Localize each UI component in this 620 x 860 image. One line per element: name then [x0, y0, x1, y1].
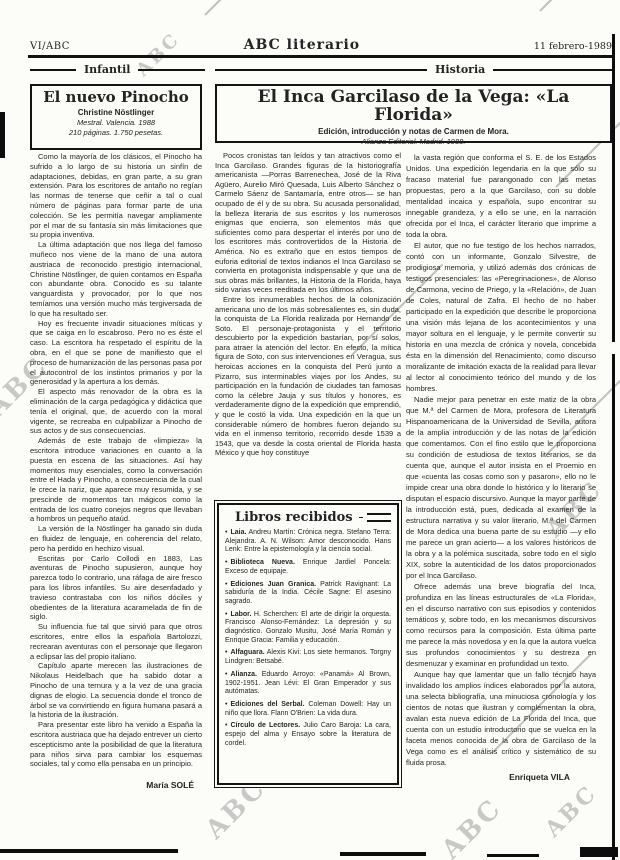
infantil-headline: El nuevo Pinocho [32, 90, 200, 106]
title-rule [359, 517, 363, 518]
historia-imprint: Alianza Editorial. Madrid. 1988. [217, 137, 610, 146]
abc-watermark: ABC [436, 793, 508, 860]
scan-artifact [612, 34, 615, 342]
bullet-icon: • [225, 529, 227, 536]
paragraph: Su influencia fue tal que sirvió para qu… [30, 622, 202, 661]
publisher-name: Biblioteca Nueva. [230, 559, 294, 566]
publisher-name: Labor. [230, 611, 251, 618]
section-rule [138, 69, 205, 71]
bullet-icon: • [225, 611, 227, 618]
publisher-name: Laia. [230, 529, 246, 536]
historia-body-column-2: la vasta región que conforma el S. E. de… [406, 152, 596, 768]
book-list-item: •Biblioteca Nueva. Enrique Jardiel Ponce… [225, 559, 391, 576]
paragraph: Capítulo aparte merecen las ilustracione… [30, 661, 202, 720]
watermark-slash [539, 0, 620, 12]
infantil-detail: 210 páginas. 1.750 pesetas. [32, 128, 200, 137]
publisher-name: Alianza. [230, 671, 256, 678]
book-list-item: •Alianza. Eduardo Arroyo: «Panamá» Al Br… [225, 671, 391, 697]
paragraph: Nadie mejor para penetrar en este matiz … [406, 394, 596, 581]
book-list-item: •Labor. H. Scherchen: El arte de dirigir… [225, 611, 391, 646]
scan-artifact [612, 354, 615, 860]
bullet-icon: • [225, 671, 227, 678]
abc-watermark: ABC [540, 780, 603, 843]
headline-box-infantil: El nuevo Pinocho Christine Nöstlinger Me… [30, 84, 202, 150]
libros-recibidos-inner: Libros recibidos •Laia. Andreu Martín: C… [217, 503, 399, 785]
title-dash-ornament [367, 513, 391, 522]
paragraph: La última adaptación que nos llega del f… [30, 240, 202, 318]
paragraph: El aspecto más renovador de la obra es l… [30, 387, 202, 436]
section-header-historia: Historia [215, 63, 612, 76]
bullet-icon: • [225, 559, 227, 566]
publisher-name: Círculo de Lectores. [230, 722, 300, 729]
publisher-name: Ediciones del Serbal. [230, 701, 304, 708]
bullet-icon: • [225, 701, 227, 708]
scan-artifact [0, 849, 178, 853]
masthead-date: 11 febrero-1989 [534, 41, 612, 52]
section-header-infantil: Infantil [30, 63, 205, 76]
section-label-infantil: Infantil [84, 63, 130, 76]
signature-enriqueta-vila: Enriqueta VILA [406, 772, 570, 782]
section-rule [493, 69, 612, 71]
paragraph: Como la mayoría de los clásicos, el Pino… [30, 152, 202, 240]
headline-box-historia: El Inca Garcilaso de la Vega: «La Florid… [215, 84, 612, 143]
paragraph: la vasta región que conforma el S. E. de… [406, 152, 596, 240]
book-list-item: •Ediciones Juan Granica. Patrick Ravigna… [225, 581, 391, 607]
paragraph: Para presentar este libro ha venido a Es… [30, 720, 202, 769]
section-label-historia: Historia [435, 63, 485, 76]
paragraph: Hoy es frecuente invadir situaciones mít… [30, 319, 202, 388]
scan-artifact [580, 847, 618, 857]
scan-artifact [0, 112, 5, 158]
infantil-imprint: Mestral. Valencia. 1988 [32, 118, 200, 127]
paragraph: El autor, que no fue testigo de los hech… [406, 240, 596, 394]
masthead-page-number: VI/ABC [30, 41, 70, 52]
abc-literario-masthead: ABC literario [244, 37, 360, 53]
paragraph: Escritas por Carlo Collodi en 1883, Las … [30, 554, 202, 623]
book-list-item: •Alfaguara. Alexis Kivi: Los siete herma… [225, 649, 391, 666]
infantil-author: Christine Nöstlinger [32, 108, 200, 117]
paragraph: Pocos cronistas tan leídos y tan atracti… [215, 151, 401, 295]
publisher-name: Ediciones Juan Granica. [230, 581, 316, 588]
paragraph: Además de este trabajo de «limpieza» la … [30, 436, 202, 524]
newspaper-page: ABC ABC ABC ABC ABC ABC VI/ABC ABC liter… [0, 0, 620, 860]
historia-body-column-1: Pocos cronistas tan leídos y tan atracti… [215, 151, 401, 496]
scan-artifact [487, 854, 539, 857]
paragraph: Entre los innumerables hechos de la colo… [215, 295, 401, 458]
book-list-item: •Laia. Andreu Martín: Crónica negra. Ste… [225, 529, 391, 555]
signature-maria-sole: María SOLÉ [30, 780, 194, 790]
section-rule [30, 69, 76, 71]
scan-artifact [340, 852, 426, 856]
book-list-item: •Ediciones del Serbal. Coleman Dowell: H… [225, 701, 391, 718]
bullet-icon: • [225, 722, 227, 729]
book-list-item: •Círculo de Lectores. Julio Caro Baroja:… [225, 722, 391, 748]
historia-headline: El Inca Garcilaso de la Vega: «La Florid… [217, 89, 610, 125]
libros-recibidos-title-row: Libros recibidos [225, 510, 391, 525]
bullet-icon: • [225, 649, 227, 656]
libros-recibidos-box: Libros recibidos •Laia. Andreu Martín: C… [214, 500, 402, 788]
paragraph: Ofrece además una breve biografía del In… [406, 581, 596, 669]
paragraph: La versión de la Nöstlinger ha ganado si… [30, 524, 202, 553]
watermark-slash [204, 0, 292, 16]
infantil-body-column: Como la mayoría de los clásicos, el Pino… [30, 152, 202, 776]
publisher-name: Alfaguara. [230, 649, 264, 656]
bullet-icon: • [225, 581, 227, 588]
book-titles: Andreu Martín: Crónica negra. Stefano Te… [225, 529, 391, 553]
libros-recibidos-title: Libros recibidos [235, 510, 353, 525]
masthead-rule [28, 55, 612, 58]
paragraph: Aunque hay que lamentar que un fallo téc… [406, 669, 596, 768]
historia-credit: Edición, introducción y notas de Carmen … [217, 127, 610, 136]
masthead: VI/ABC ABC literario 11 febrero-1989 [30, 37, 612, 53]
section-rule [215, 69, 427, 71]
